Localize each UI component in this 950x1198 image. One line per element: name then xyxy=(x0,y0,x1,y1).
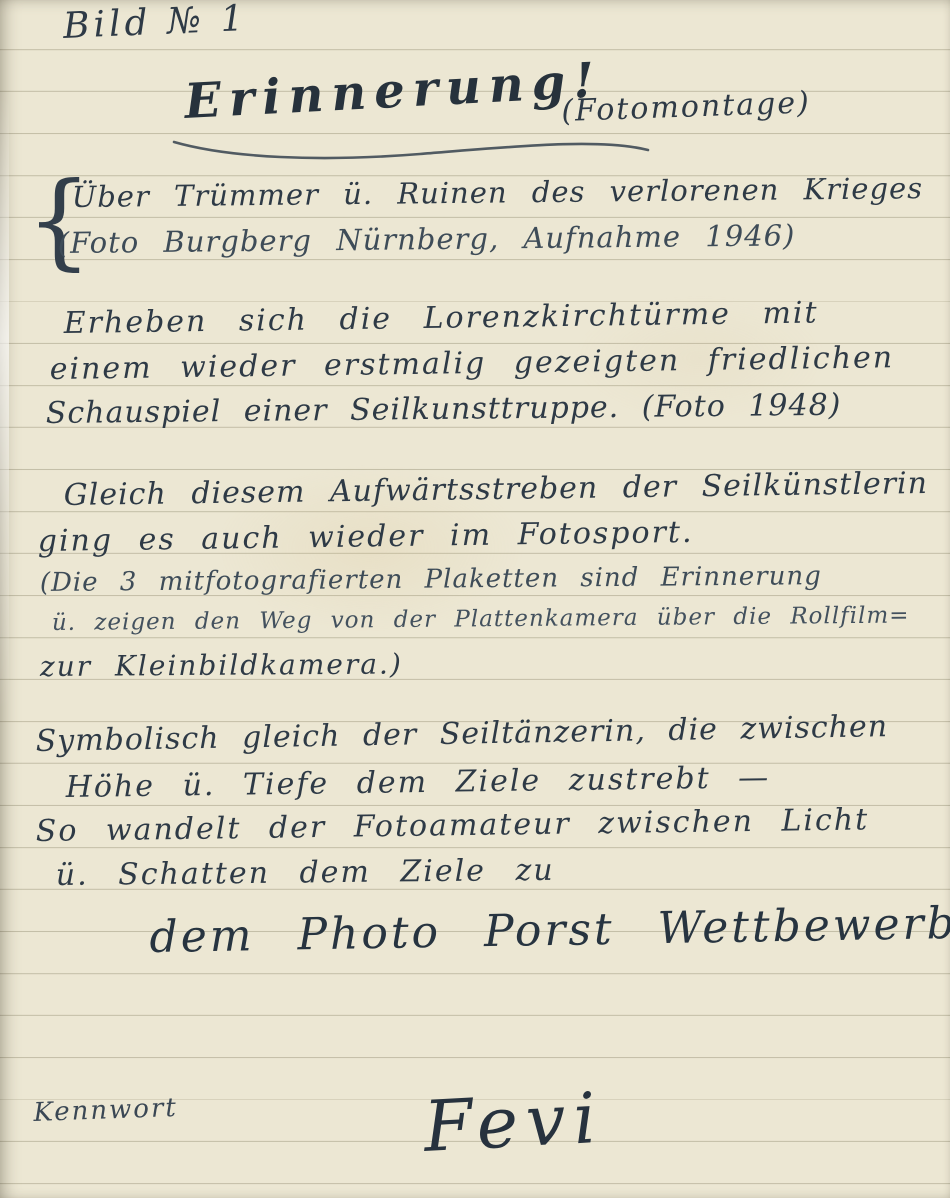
paragraph2-line1: Erheben sich die Lorenzkirchtürme mit xyxy=(64,295,819,341)
title-annotation: (Fotomontage) xyxy=(561,85,812,129)
paragraph4-line4: ü. Schatten dem Ziele zu xyxy=(56,853,555,893)
paragraph1-line2: (Foto Burgberg Nürnberg, Aufnahme 1946) xyxy=(58,218,796,260)
paragraph4-line1: Symbolisch gleich der Seiltänzerin, die … xyxy=(35,709,888,759)
signature-pseudonym: Fevi xyxy=(422,1077,606,1168)
document-title: Erinnerung! xyxy=(183,52,604,130)
closing-dedication-line: dem Photo Porst Wettbewerb . xyxy=(149,897,950,963)
image-number-label: Bild № 1 xyxy=(62,0,248,47)
paragraph3-line4: ü. zeigen den Weg von der Plattenkamera … xyxy=(52,603,910,636)
handwritten-letter-page: Bild № 1 Erinnerung! (Fotomontage) { Übe… xyxy=(0,0,950,1198)
title-underline-flourish xyxy=(170,128,670,178)
paragraph3-line1: Gleich diesem Aufwärtsstreben der Seilkü… xyxy=(64,466,929,513)
paragraph3-line2: ging es auch wieder im Fotosport. xyxy=(38,515,694,559)
paragraph3-line5: zur Kleinbildkamera.) xyxy=(40,647,403,683)
paragraph4-line3: So wandelt der Fotoamateur zwischen Lich… xyxy=(36,802,870,849)
paragraph4-line2: Höhe ü. Tiefe dem Ziele zustrebt — xyxy=(66,760,771,805)
keyword-label: Kennwort xyxy=(33,1093,178,1128)
paragraph3-line3: (Die 3 mitfotografierten Plaketten sind … xyxy=(40,561,822,598)
paragraph2-line3: Schauspiel einer Seilkunsttruppe. (Foto … xyxy=(46,388,842,431)
paragraph2-line2: einem wieder erstmalig gezeigten friedli… xyxy=(50,340,895,387)
